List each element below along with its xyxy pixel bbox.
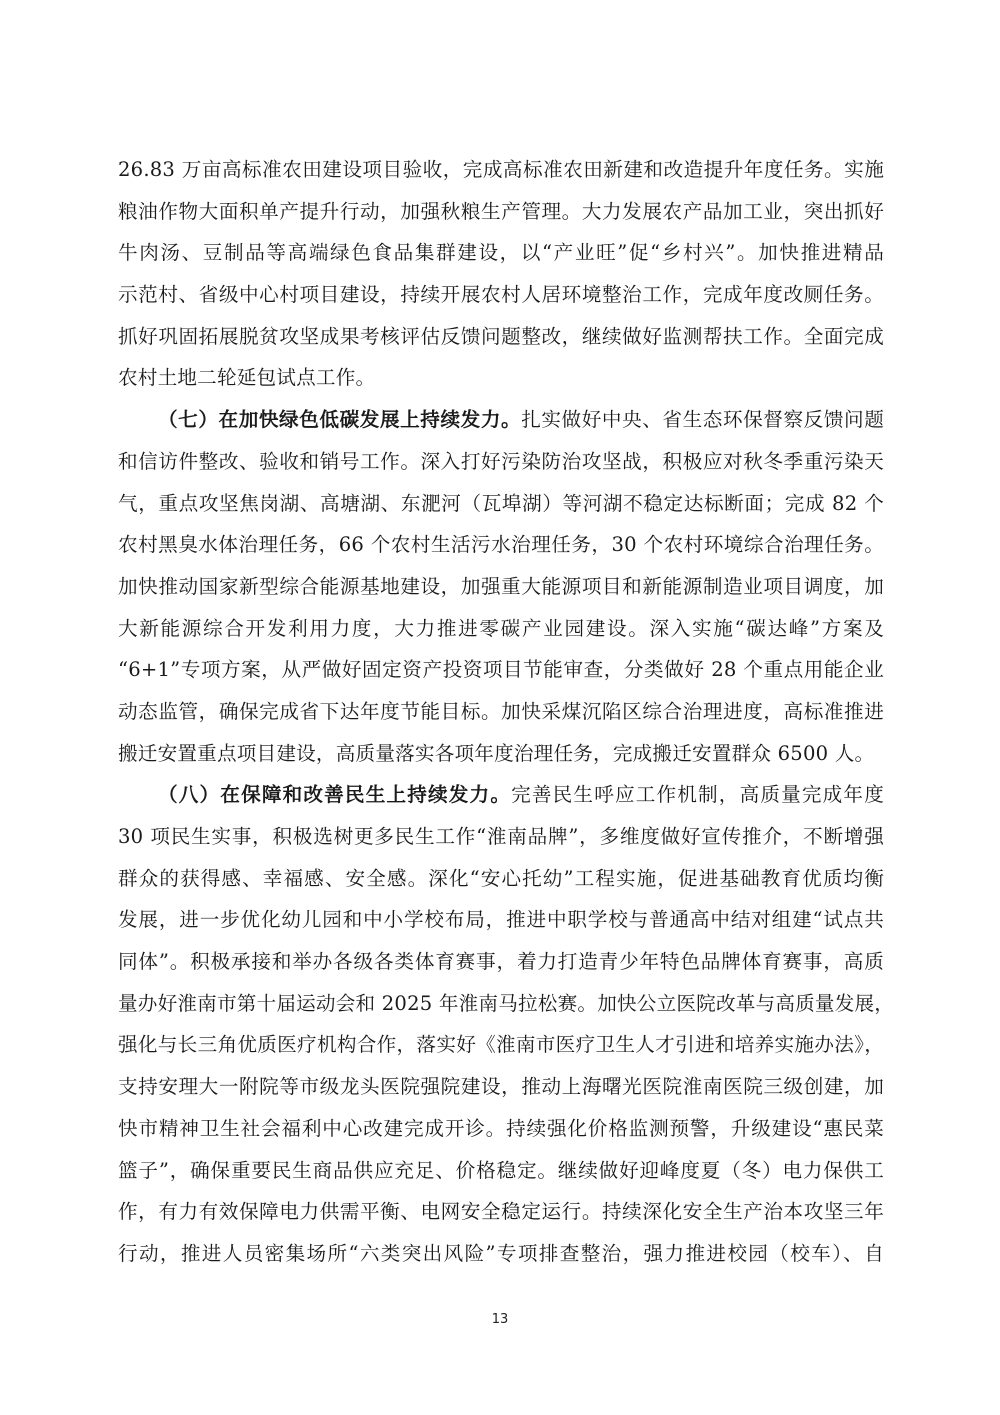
text-line: 量办好淮南市第十届运动会和 2025 年淮南马拉松赛。加快公立医院改革与高质量发… <box>118 983 884 1025</box>
paragraph-section-7: （七）在加快绿色低碳发展上持续发力。扎实做好中央、省生态环保督察反馈问题 和信访… <box>118 399 884 774</box>
text-line: “6+1”专项方案，从严做好固定资产投资项目节能审查，分类做好 28 个重点用能… <box>118 649 884 691</box>
text-line: 粮油作物大面积单产提升行动，加强秋粮生产管理。大力发展农产品加工业，突出抓好 <box>118 191 884 233</box>
text-line: 作，有力有效保障电力供需平衡、电网安全稳定运行。持续深化安全生产治本攻坚三年 <box>118 1191 884 1233</box>
text-line: 气，重点攻坚焦岗湖、高塘湖、东淝河（瓦埠湖）等河湖不稳定达标断面；完成 82 个 <box>118 483 884 525</box>
paragraph-agriculture-continued: 26.83 万亩高标准农田建设项目验收，完成高标准农田新建和改造提升年度任务。实… <box>118 149 884 399</box>
text-run: 扎实做好中央、省生态环保督察反馈问题 <box>521 408 884 431</box>
text-line: 抓好巩固拓展脱贫攻坚成果考核评估反馈问题整改，继续做好监测帮扶工作。全面完成 <box>118 316 884 358</box>
text-line: 和信访件整改、验收和销号工作。深入打好污染防治攻坚战，积极应对秋冬季重污染天 <box>118 441 884 483</box>
document-body: 26.83 万亩高标准农田建设项目验收，完成高标准农田新建和改造提升年度任务。实… <box>118 149 884 1275</box>
text-line: 搬迁安置重点项目建设，高质量落实各项年度治理任务，完成搬迁安置群众 6500 人… <box>118 733 884 775</box>
text-line: 30 项民生实事，积极选树更多民生工作“淮南品牌”，多维度做好宣传推介，不断增强 <box>118 816 884 858</box>
text-line: 26.83 万亩高标准农田建设项目验收，完成高标准农田新建和改造提升年度任务。实… <box>118 149 884 191</box>
text-line: 支持安理大一附院等市级龙头医院强院建设，推动上海曙光医院淮南医院三级创建，加 <box>118 1066 884 1108</box>
text-line: 农村土地二轮延包试点工作。 <box>118 357 884 399</box>
text-line: 群众的获得感、幸福感、安全感。深化“安心托幼”工程实施，促进基础教育优质均衡 <box>118 858 884 900</box>
text-line: 强化与长三角优质医疗机构合作，落实好《淮南市医疗卫生人才引进和培养实施办法》， <box>118 1024 884 1066</box>
text-line: 大新能源综合开发利用力度，大力推进零碳产业园建设。深入实施“碳达峰”方案及 <box>118 608 884 650</box>
text-line: 发展，进一步优化幼儿园和中小学校布局，推进中职学校与普通高中结对组建“试点共 <box>118 899 884 941</box>
text-run: 完善民生呼应工作机制，高质量完成年度 <box>511 783 884 806</box>
document-page: 26.83 万亩高标准农田建设项目验收，完成高标准农田新建和改造提升年度任务。实… <box>0 0 1000 1415</box>
text-line: 同体”。积极承接和举办各级各类体育赛事，着力打造青少年特色品牌体育赛事，高质 <box>118 941 884 983</box>
text-line: 动态监管，确保完成省下达年度节能目标。加快采煤沉陷区综合治理进度，高标准推进 <box>118 691 884 733</box>
page-number: 13 <box>0 1312 1000 1327</box>
section-heading-8: （八）在保障和改善民生上持续发力。 <box>158 783 511 806</box>
text-line: 加快推动国家新型综合能源基地建设，加强重大能源项目和新能源制造业项目调度，加 <box>118 566 884 608</box>
text-line: 快市精神卫生社会福利中心改建完成开诊。持续强化价格监测预警，升级建设“惠民菜 <box>118 1108 884 1150</box>
text-line: （八）在保障和改善民生上持续发力。完善民生呼应工作机制，高质量完成年度 <box>118 774 884 816</box>
text-line: （七）在加快绿色低碳发展上持续发力。扎实做好中央、省生态环保督察反馈问题 <box>118 399 884 441</box>
section-heading-7: （七）在加快绿色低碳发展上持续发力。 <box>158 408 521 431</box>
text-line: 行动，推进人员密集场所“六类突出风险”专项排查整治，强力推进校园（校车）、自 <box>118 1233 884 1275</box>
text-line: 农村黑臭水体治理任务，66 个农村生活污水治理任务，30 个农村环境综合治理任务… <box>118 524 884 566</box>
text-line: 篮子”，确保重要民生商品供应充足、价格稳定。继续做好迎峰度夏（冬）电力保供工 <box>118 1150 884 1192</box>
paragraph-section-8: （八）在保障和改善民生上持续发力。完善民生呼应工作机制，高质量完成年度 30 项… <box>118 774 884 1274</box>
text-line: 示范村、省级中心村项目建设，持续开展农村人居环境整治工作，完成年度改厕任务。 <box>118 274 884 316</box>
text-line: 牛肉汤、豆制品等高端绿色食品集群建设，以“产业旺”促“乡村兴”。加快推进精品 <box>118 232 884 274</box>
